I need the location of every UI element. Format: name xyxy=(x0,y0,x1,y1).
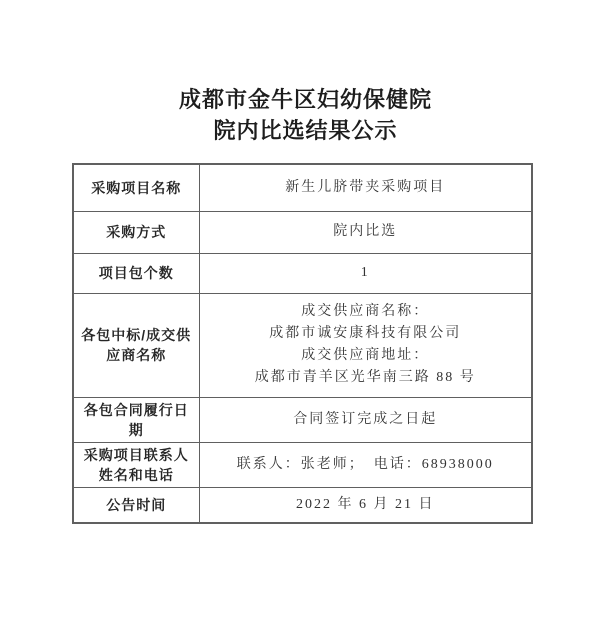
table-row-contact: 采购项目联系人姓名和电话 联系人：张老师； 电话：68938000 xyxy=(73,442,532,487)
table-row-contract-date: 各包合同履行日期 合同签订完成之日起 xyxy=(73,397,532,442)
row-value-winning-supplier: 成交供应商名称： 成都市诚安康科技有限公司 成交供应商地址： 成都市青羊区光华南… xyxy=(199,293,532,397)
result-table: 采购项目名称 新生儿脐带夹采购项目 采购方式 院内比选 项目包个数 1 各包中标… xyxy=(72,163,533,524)
row-label-announcement-date: 公告时间 xyxy=(73,487,199,523)
page-title: 成都市金牛区妇幼保健院 院内比选结果公示 xyxy=(0,84,611,146)
row-label-package-count: 项目包个数 xyxy=(73,253,199,293)
row-value-procurement-method: 院内比选 xyxy=(199,211,532,253)
table-row-winning-supplier: 各包中标/成交供应商名称 成交供应商名称： 成都市诚安康科技有限公司 成交供应商… xyxy=(73,293,532,397)
supplier-address-caption: 成交供应商地址： xyxy=(206,345,526,367)
table-row-project-name: 采购项目名称 新生儿脐带夹采购项目 xyxy=(73,164,532,211)
title-line-1: 成都市金牛区妇幼保健院 xyxy=(0,84,611,115)
table-row-announcement-date: 公告时间 2022 年 6 月 21 日 xyxy=(73,487,532,523)
supplier-name-caption: 成交供应商名称： xyxy=(206,301,526,323)
row-value-contact: 联系人：张老师； 电话：68938000 xyxy=(199,442,532,487)
table-row-procurement-method: 采购方式 院内比选 xyxy=(73,211,532,253)
row-label-procurement-method: 采购方式 xyxy=(73,211,199,253)
announcement-page: 成都市金牛区妇幼保健院 院内比选结果公示 采购项目名称 新生儿脐带夹采购项目 采… xyxy=(0,0,611,631)
row-label-contact: 采购项目联系人姓名和电话 xyxy=(73,442,199,487)
row-value-contract-date: 合同签订完成之日起 xyxy=(199,397,532,442)
supplier-address: 成都市青羊区光华南三路 88 号 xyxy=(206,367,526,389)
supplier-name: 成都市诚安康科技有限公司 xyxy=(206,323,526,345)
row-label-winning-supplier: 各包中标/成交供应商名称 xyxy=(73,293,199,397)
table-row-package-count: 项目包个数 1 xyxy=(73,253,532,293)
row-label-contract-date: 各包合同履行日期 xyxy=(73,397,199,442)
row-value-announcement-date: 2022 年 6 月 21 日 xyxy=(199,487,532,523)
row-value-project-name: 新生儿脐带夹采购项目 xyxy=(199,164,532,211)
title-line-2: 院内比选结果公示 xyxy=(0,115,611,146)
row-value-package-count: 1 xyxy=(199,253,532,293)
row-label-project-name: 采购项目名称 xyxy=(73,164,199,211)
